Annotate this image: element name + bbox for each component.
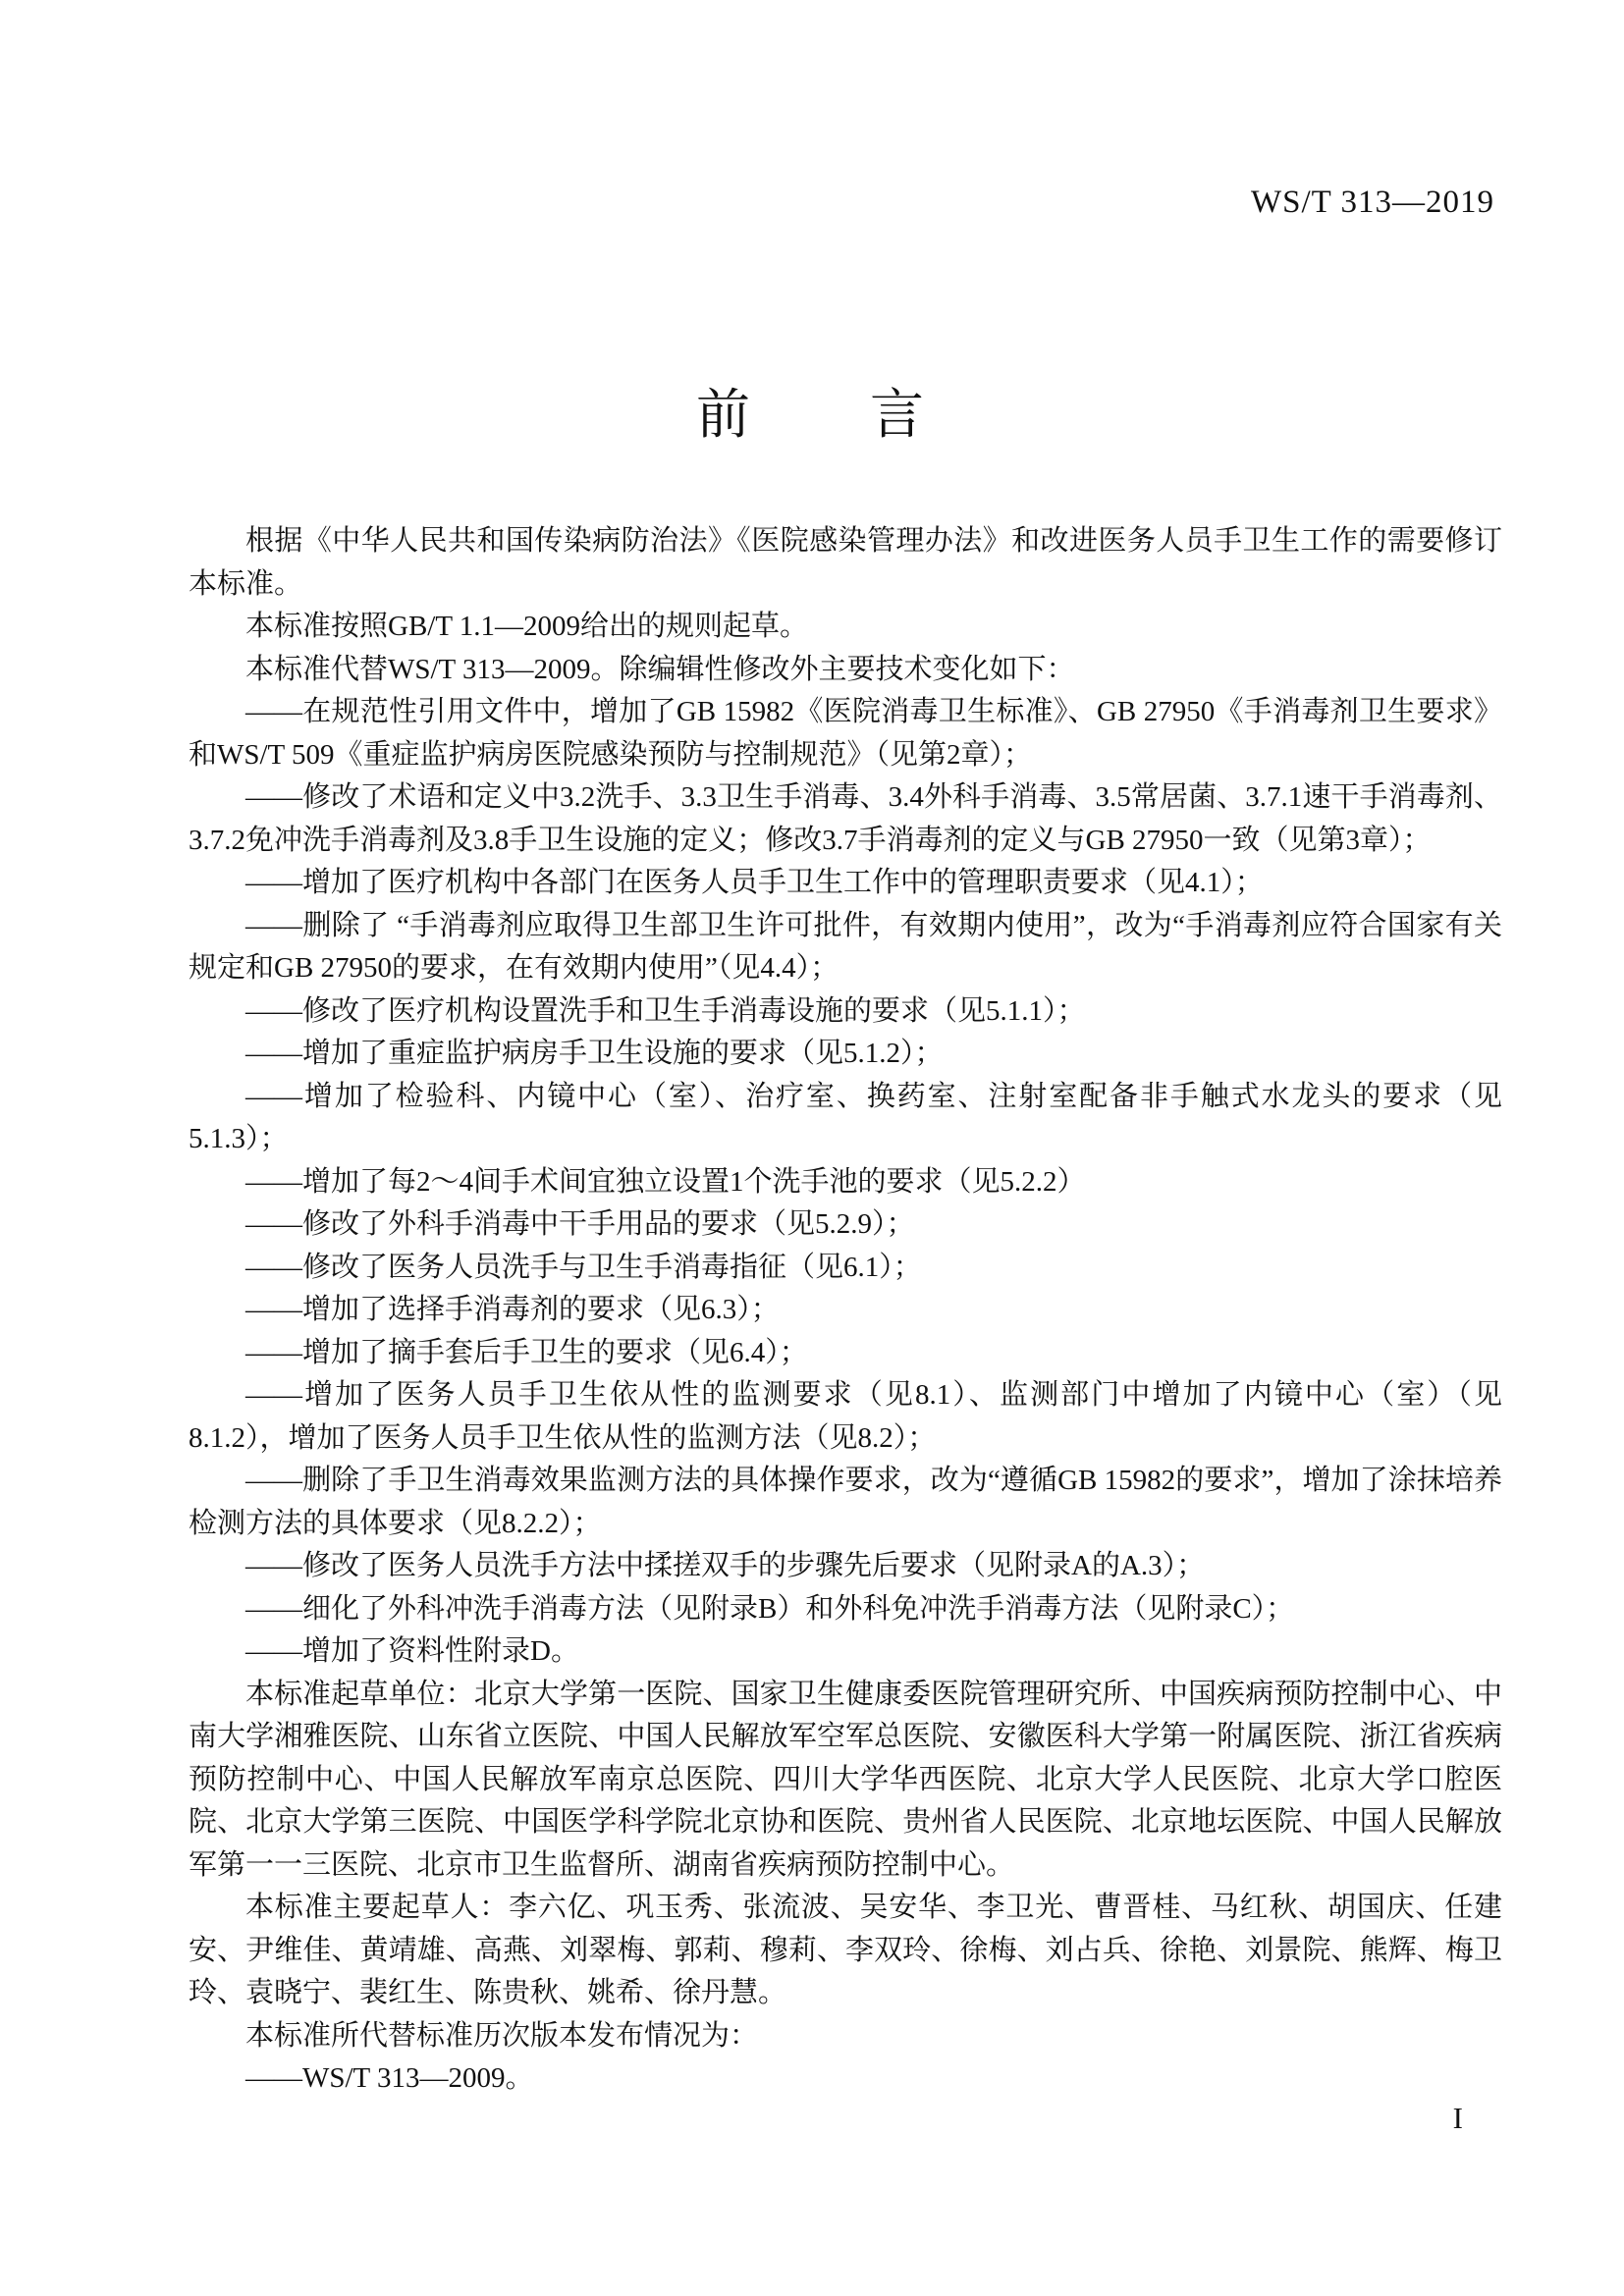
foreword-paragraph: 根据《中华人民共和国传染病防治法》《医院感染管理办法》和改进医务人员手卫生工作的…	[189, 520, 1502, 606]
foreword-paragraph: ——增加了选择手消毒剂的要求（见6.3）；	[189, 1289, 1502, 1332]
foreword-paragraph: ——增加了重症监护病房手卫生设施的要求（见5.1.2）；	[189, 1033, 1502, 1076]
foreword-paragraph: ——在规范性引用文件中，增加了GB 15982《医院消毒卫生标准》、GB 279…	[189, 691, 1502, 776]
page-title: 前 言	[0, 371, 1624, 449]
page-number: I	[0, 2101, 1463, 2136]
foreword-paragraph: 本标准主要起草人：李六亿、巩玉秀、张流波、吴安华、李卫光、曹晋桂、马红秋、胡国庆…	[189, 1887, 1502, 2015]
foreword-paragraph: ——修改了医务人员洗手与卫生手消毒指征（见6.1）；	[189, 1247, 1502, 1290]
foreword-paragraph: ——增加了医务人员手卫生依从性的监测要求（见8.1）、监测部门中增加了内镜中心（…	[189, 1374, 1502, 1460]
foreword-paragraph: ——增加了摘手套后手卫生的要求（见6.4）；	[189, 1332, 1502, 1375]
foreword-paragraph: 本标准所代替标准历次版本发布情况为：	[189, 2015, 1502, 2058]
foreword-paragraph: 本标准按照GB/T 1.1—2009给出的规则起草。	[189, 606, 1502, 649]
foreword-paragraph: ——修改了医疗机构设置洗手和卫生手消毒设施的要求（见5.1.1）；	[189, 990, 1502, 1034]
foreword-paragraph: ——修改了术语和定义中3.2洗手、3.3卫生手消毒、3.4外科手消毒、3.5常居…	[189, 776, 1502, 862]
foreword-paragraph: ——删除了 “手消毒剂应取得卫生部卫生许可批件，有效期内使用”，改为“手消毒剂应…	[189, 905, 1502, 990]
foreword-paragraph: 本标准起草单位：北京大学第一医院、国家卫生健康委医院管理研究所、中国疾病预防控制…	[189, 1674, 1502, 1888]
foreword-paragraph: ——WS/T 313—2009。	[189, 2057, 1502, 2101]
foreword-paragraph: ——增加了资料性附录D。	[189, 1630, 1502, 1674]
foreword-paragraph: ——增加了检验科、内镜中心（室）、治疗室、换药室、注射室配备非手触式水龙头的要求…	[189, 1076, 1502, 1161]
foreword-body: 根据《中华人民共和国传染病防治法》《医院感染管理办法》和改进医务人员手卫生工作的…	[189, 520, 1502, 2101]
standard-code-header: WS/T 313—2019	[0, 185, 1494, 221]
foreword-paragraph: ——修改了医务人员洗手方法中揉搓双手的步骤先后要求（见附录A的A.3）；	[189, 1545, 1502, 1588]
foreword-paragraph: ——修改了外科手消毒中干手用品的要求（见5.2.9）；	[189, 1203, 1502, 1247]
document-page: WS/T 313—2019 前 言 根据《中华人民共和国传染病防治法》《医院感染…	[0, 0, 1624, 2296]
foreword-paragraph: ——细化了外科冲洗手消毒方法（见附录B）和外科免冲洗手消毒方法（见附录C）；	[189, 1588, 1502, 1631]
foreword-paragraph: ——删除了手卫生消毒效果监测方法的具体操作要求，改为“遵循GB 15982的要求…	[189, 1460, 1502, 1545]
foreword-paragraph: 本标准代替WS/T 313—2009。除编辑性修改外主要技术变化如下：	[189, 649, 1502, 692]
foreword-paragraph: ——增加了每2～4间手术间宜独立设置1个洗手池的要求（见5.2.2）	[189, 1161, 1502, 1204]
foreword-paragraph: ——增加了医疗机构中各部门在医务人员手卫生工作中的管理职责要求（见4.1）；	[189, 862, 1502, 905]
